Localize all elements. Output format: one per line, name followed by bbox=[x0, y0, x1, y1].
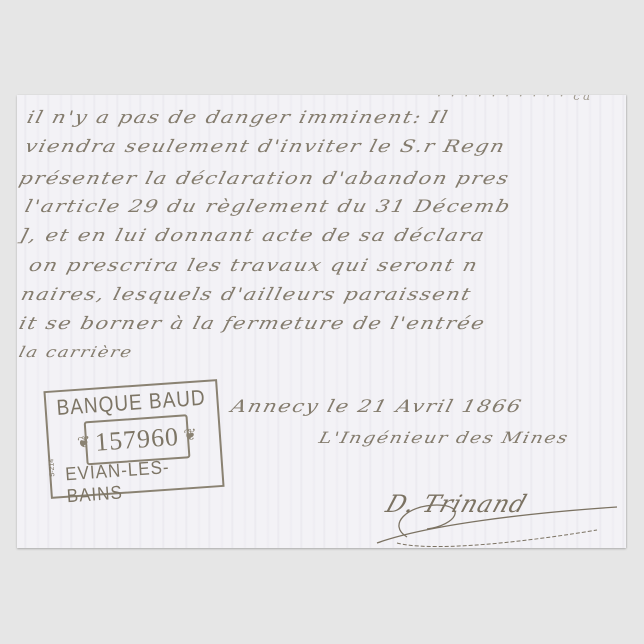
signature: D. Trinand bbox=[382, 490, 530, 518]
text-line-8: it se borner à la fermeture de l'entrée bbox=[17, 313, 488, 333]
document-page: · · · · · · · · · · ca il n'y a pas de d… bbox=[17, 95, 626, 548]
text-line-3: présenter la déclaration d'abandon pres bbox=[17, 168, 512, 188]
ornament-icon: ❦ bbox=[183, 425, 198, 446]
text-line-9: la carrière bbox=[17, 344, 135, 361]
text-line-2: viendra seulement d'inviter le S.r Regn bbox=[23, 136, 508, 156]
cropped-line-fragment: · · · · · · · · · · ca bbox=[437, 95, 593, 103]
text-line-5: ], et en lui donnant acte de sa déclara bbox=[17, 225, 488, 245]
text-line-7: naires, lesquels d'ailleurs paraissent bbox=[19, 284, 474, 304]
title-line: L'Ingénieur des Mines bbox=[317, 429, 571, 447]
text-line-6: on prescrira les travaux qui seront n bbox=[27, 255, 481, 275]
stamp-number: 157960 bbox=[86, 421, 188, 458]
text-line-1: il n'y a pas de danger imminent: Il bbox=[25, 107, 451, 127]
stamp-city: EVIAN-LES-BAINS bbox=[65, 453, 224, 508]
date-line: Annecy le 21 Avril 1866 bbox=[229, 396, 525, 416]
text-line-4: l'article 29 du règlement du 31 Décemb bbox=[23, 196, 513, 216]
bank-stamp: BANQUE BAUD ❦ 157960 ❦ EVIAN-LES-BAINS 5… bbox=[43, 379, 224, 499]
stamp-code: 5-214 bbox=[48, 459, 56, 477]
